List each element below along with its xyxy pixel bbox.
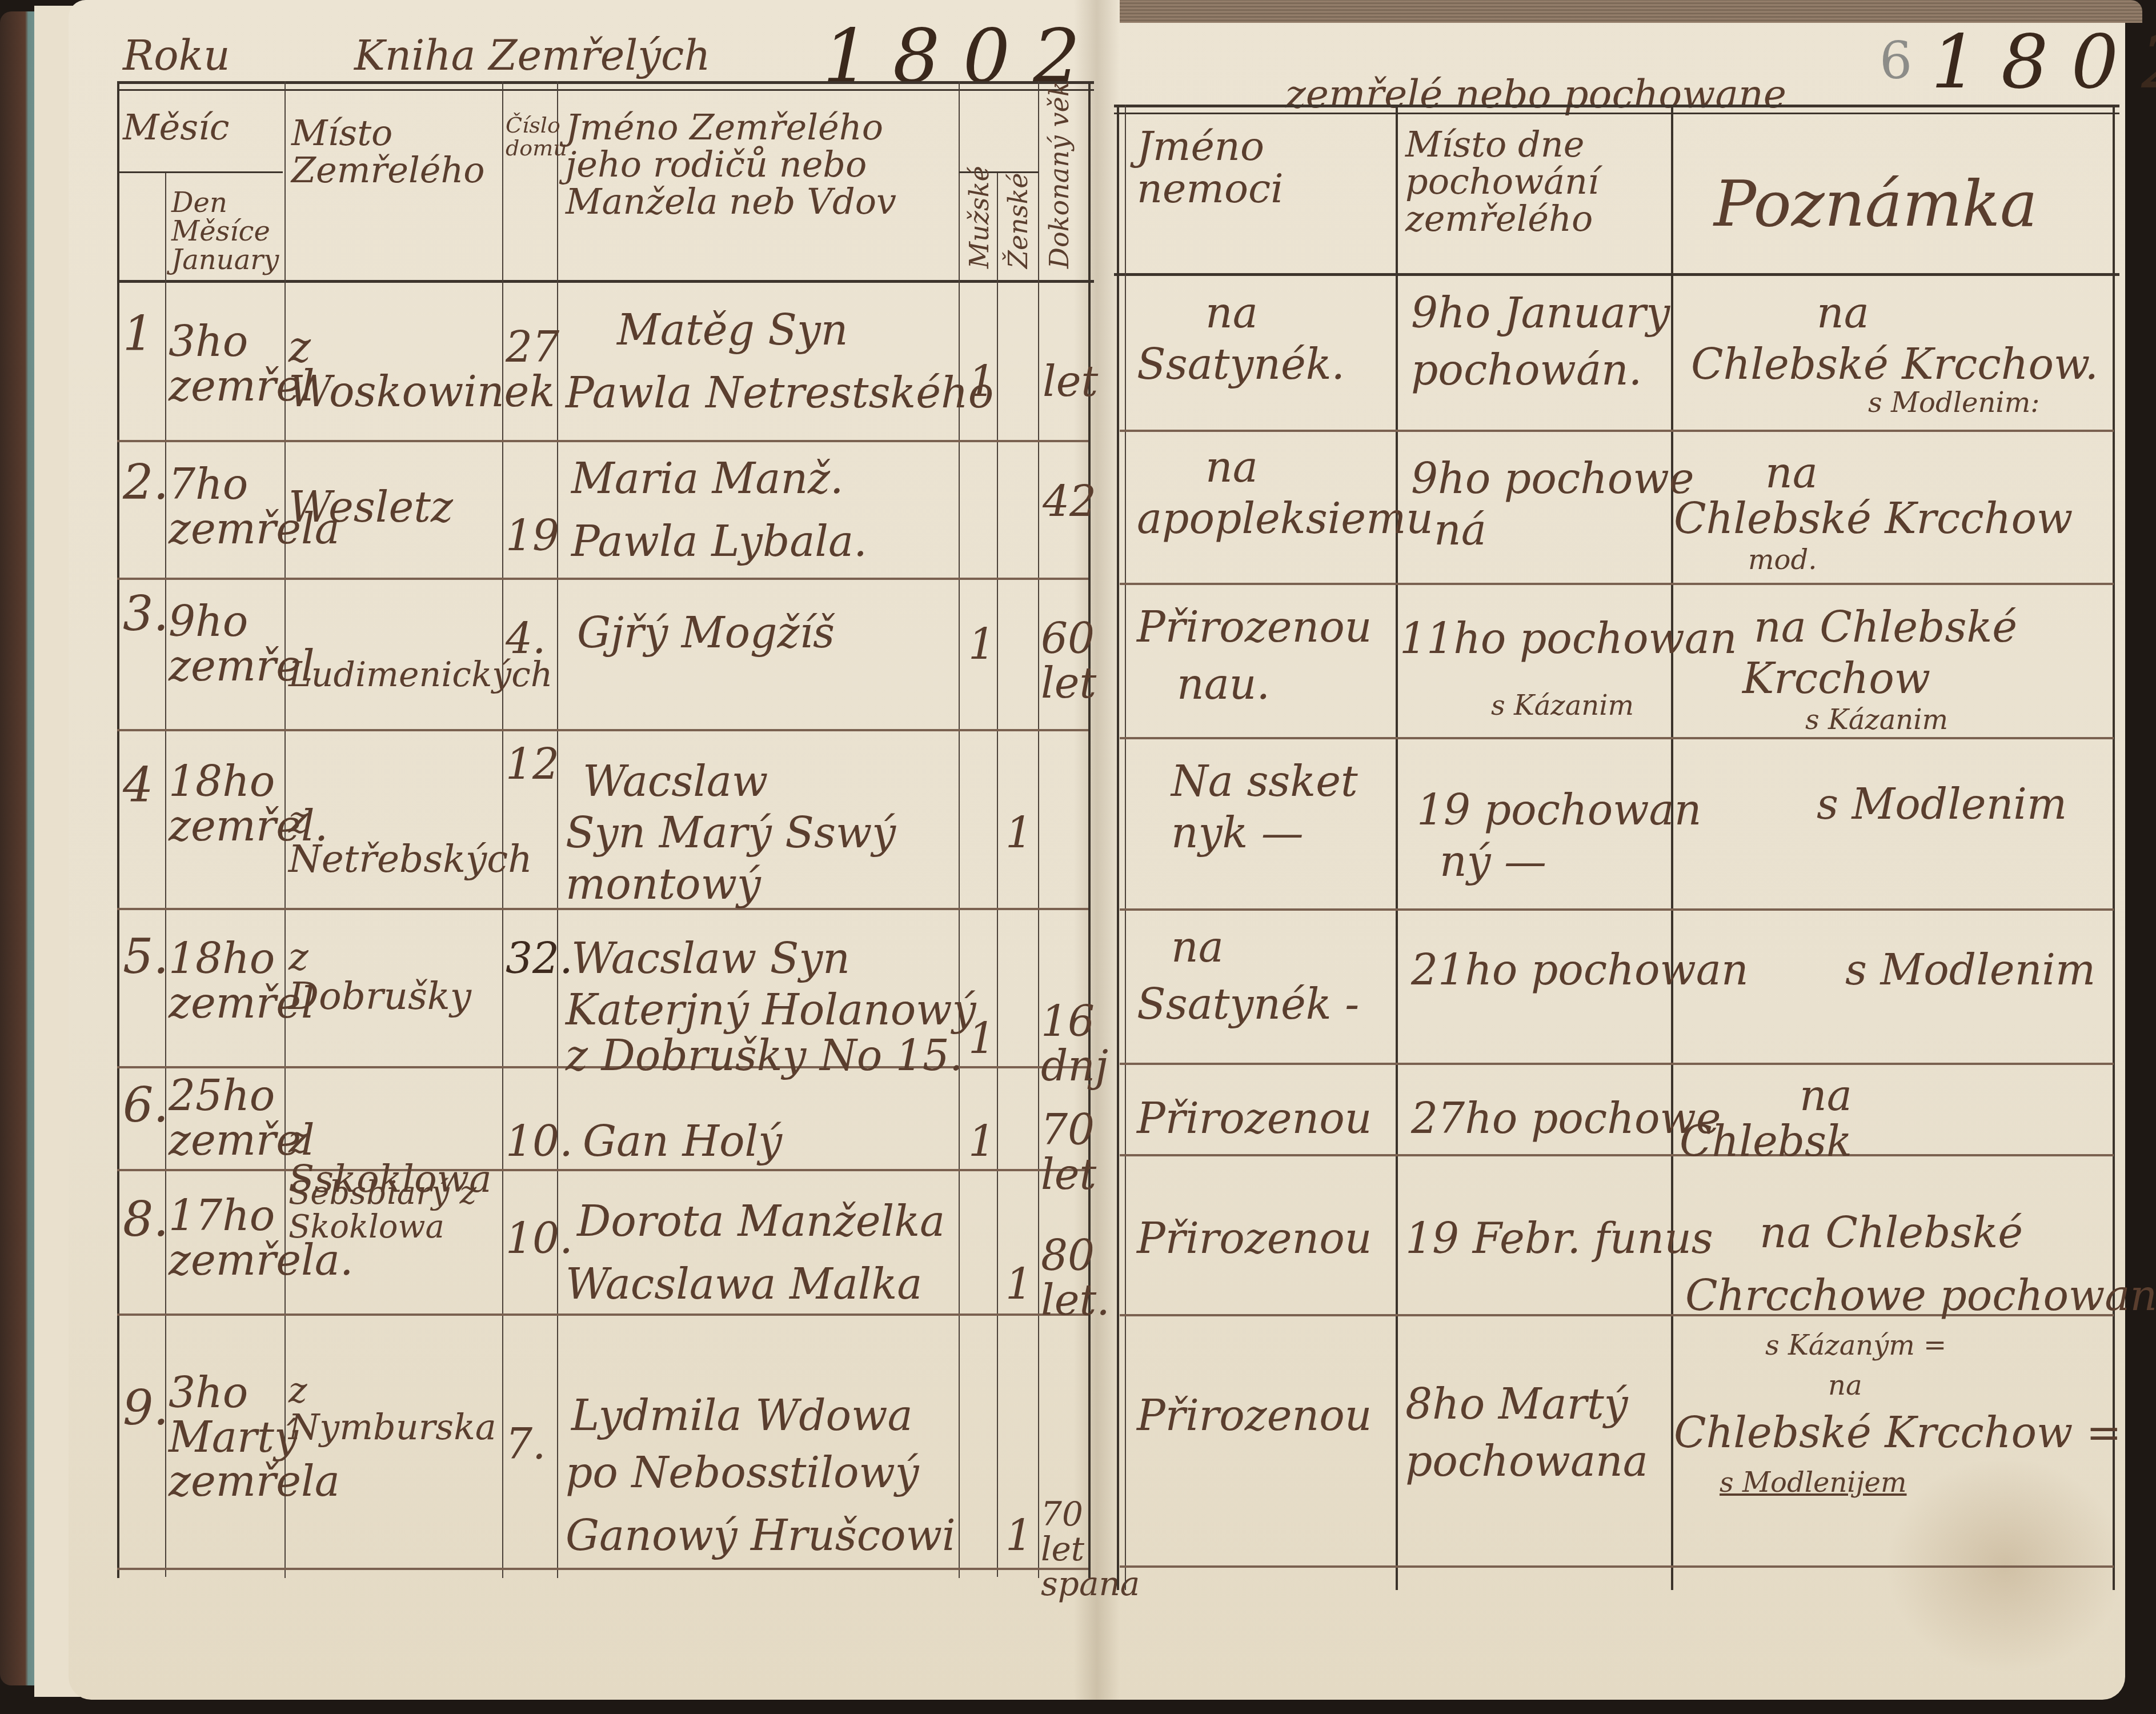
note-line: Chlebské Krcchow (1674, 497, 2073, 542)
header-age: Dokonaný věk (1045, 81, 1073, 269)
col-rule (117, 81, 119, 1578)
deceased-name-line: montowý (566, 863, 761, 907)
row-rule (1120, 1565, 2114, 1568)
age: 70 let (1041, 1108, 1087, 1197)
note-line: s Modlenim (1845, 948, 2095, 993)
burial-line: 9ho pochowe (1411, 457, 1694, 502)
row-rule (117, 1313, 1088, 1316)
house-number: 4. (506, 617, 546, 662)
header-name: Jméno Zemřelého jeho rodičů nebo Manžela… (566, 109, 954, 220)
row-rule (1120, 1154, 2114, 1156)
deceased-name-line: Wacslawa Malka (566, 1263, 922, 1307)
female-count: 1 (1005, 811, 1032, 856)
note-line: s Modlenijem (1720, 1468, 1907, 1497)
header-month: Měsíc (123, 109, 230, 146)
note-line: na Chlebské (1754, 606, 2017, 650)
place: z Nymburska (288, 1371, 500, 1445)
row-number: 6. (123, 1080, 169, 1130)
header-month-sub: January (171, 246, 279, 274)
note-line: Chrcchowe pochowana (1685, 1274, 2156, 1319)
col-rule (959, 81, 960, 1578)
page-gutter (1074, 0, 1120, 1700)
place: Wesletz (288, 486, 500, 530)
note-line: Chlebské Krcchow. (1691, 343, 2098, 387)
deceased-name-line: Gjřý Mogžíš (577, 611, 835, 656)
place: z Dobrušky (288, 937, 500, 1016)
cause-line: Přirozenou (1137, 1394, 1372, 1439)
note-line: s Modlenim (1817, 783, 2067, 827)
cause-line: nau. (1177, 663, 1270, 707)
row-number: 5. (123, 931, 169, 982)
table-top-rule-2 (1114, 113, 2119, 114)
age: 60 let (1041, 617, 1087, 706)
female-count: 1 (1005, 1263, 1032, 1307)
note-line: na (1765, 451, 1818, 496)
place: z Netřebských (288, 800, 500, 879)
row-number: 1 (123, 309, 153, 359)
burial-line: pochowana (1405, 1440, 1648, 1484)
burial-line: 11ho pochowan (1400, 617, 1737, 662)
col-rule (2113, 105, 2115, 1590)
burial-line: 27ho pochowe (1411, 1097, 1721, 1142)
place: z Woskowinek (288, 326, 500, 414)
row-number: 4 (123, 760, 153, 810)
death-date: 3ho zemřel (169, 320, 283, 409)
note-line: na (1800, 1074, 1852, 1119)
deceased-name-line: Pawla Netrestského (566, 371, 993, 416)
death-date: 7ho zemřela (169, 463, 283, 551)
cause-line: na (1171, 926, 1224, 970)
row-rule (1120, 908, 2114, 911)
note-line: mod. (1748, 546, 1817, 574)
table-top-rule-2 (117, 89, 1094, 91)
male-count: 1 (968, 623, 995, 667)
header-place: Místo Zemřelého (291, 114, 497, 189)
header-day: Den Měsíce (171, 189, 280, 246)
col-rule (165, 171, 166, 1577)
deceased-name-line: po Nebosstilowý (566, 1451, 919, 1496)
row-number: 3. (123, 588, 169, 639)
cause-line: nyk — (1171, 811, 1304, 856)
burial-line: 19 pochowan (1417, 788, 1701, 833)
title-roku: Roku (123, 34, 230, 78)
house-number: 10. (506, 1120, 573, 1164)
deceased-name-line: Ganowý Hrušcowi (566, 1514, 956, 1559)
death-date: 18ho zemřel (169, 937, 283, 1026)
age: 70 let spana (1041, 1497, 1087, 1601)
row-rule (1120, 583, 2114, 585)
death-date: 17ho zemřela. (169, 1194, 283, 1283)
col-rule (1088, 81, 1091, 1578)
house-number: 27 (506, 326, 559, 370)
row-rule (117, 578, 1088, 580)
death-date: 9ho zemřel (169, 600, 283, 688)
row-rule (117, 729, 1088, 731)
burial-line: s Kázanim (1491, 691, 1634, 720)
cause-line: Přirozenou (1137, 606, 1372, 650)
row-number: 2. (123, 457, 169, 507)
deceased-name-line: Wacslaw (583, 760, 768, 804)
deceased-name-line: Dorota Manželka (577, 1200, 945, 1244)
burial-line: 19 Febr. funus (1405, 1217, 1713, 1262)
cause-line: Přirozenou (1137, 1217, 1372, 1262)
open-register-book: Roku Kniha Zemřelých 1802 Měsíc Den Měsí… (0, 0, 2156, 1714)
title-right-part: zemřelé nebo pochowane (1285, 74, 1786, 115)
row-number: 8. (123, 1194, 169, 1244)
death-date: 18ho zemřel. (169, 760, 283, 848)
col-rule (502, 81, 503, 1578)
burial-line: ný — (1440, 840, 1546, 884)
house-number: 19 (506, 514, 559, 559)
deceased-name-line: Maria Manž. (571, 457, 844, 502)
cause-line: apopleksiemu (1137, 497, 1433, 542)
col-rule (1117, 105, 1119, 1590)
note-line: Chlebské Krcchow = (1674, 1411, 2122, 1456)
cause-line: Ssatynék - (1137, 983, 1359, 1027)
death-date: 3ho Martý zemřela (169, 1371, 283, 1504)
deceased-name-line: Lydmila Wdowa (571, 1394, 913, 1439)
col-rule (1671, 105, 1673, 1590)
col-rule (557, 81, 558, 1578)
note-line: s Kázanim (1805, 706, 1948, 734)
deceased-name-line: Pawla Lybala. (571, 520, 867, 564)
row-rule (1120, 737, 2114, 739)
deceased-name-line: Gan Holý (583, 1120, 782, 1164)
deceased-name-line: Syn Marý Sswý (566, 811, 896, 856)
page-number: 6 (1880, 34, 1912, 89)
burial-line: 9ho January (1411, 291, 1670, 336)
row-rule (117, 1568, 1088, 1570)
header-cause: Jméno nemoci (1137, 126, 1388, 210)
age: 80 let. (1041, 1234, 1087, 1323)
col-rule (1396, 105, 1398, 1590)
row-rule (1120, 1063, 2114, 1065)
header-bottom-rule (117, 280, 1094, 283)
male-count: 1 (968, 1017, 995, 1062)
year-right: 1802 (1931, 23, 2156, 101)
age: 16 dnj (1041, 1000, 1087, 1088)
subheader-rule (117, 171, 283, 173)
deceased-name-line: Wacslaw Syn (571, 937, 850, 982)
header-house-number: Číslo domu (506, 114, 554, 160)
table-top-rule (1114, 105, 2119, 107)
house-number: 7. (506, 1423, 546, 1467)
male-count: 1 (968, 360, 995, 405)
deceased-name-line: Katerjný Holanowý (566, 988, 976, 1033)
burial-line: pochowán. (1411, 349, 1642, 393)
note-line: s Modlenim: (1868, 389, 2039, 417)
house-number: 10. (506, 1217, 573, 1262)
burial-line: 8ho Martý (1405, 1383, 1628, 1427)
row-rule (1120, 430, 2114, 432)
note-line: s Kázaným = (1765, 1331, 1946, 1360)
col-rule (997, 171, 998, 1577)
age: let (1043, 360, 1098, 405)
table-top-rule (117, 81, 1094, 84)
row-number: 9. (123, 1383, 169, 1433)
place: Ludimenických (288, 657, 500, 693)
header-notes: Poznámka (1714, 171, 2038, 238)
note-line: Chlebsk (1680, 1120, 1852, 1164)
col-rule (1038, 81, 1039, 1578)
col-rule (1125, 105, 1126, 1590)
cause-line: Přirozenou (1137, 1097, 1372, 1142)
male-count: 1 (968, 1120, 995, 1164)
title-register-name: Kniha Zemřelých (354, 34, 711, 78)
female-count: 1 (1005, 1514, 1032, 1559)
death-date: 25ho zemřel (169, 1074, 283, 1163)
row-rule (117, 440, 1088, 442)
header-male: Mužské (965, 166, 993, 269)
deceased-name-line: z Dobrušky No 15. (566, 1034, 963, 1079)
row-rule (117, 1169, 1088, 1171)
note-line: na Chlebské (1760, 1211, 2023, 1256)
header-bottom-rule (1114, 273, 2119, 276)
deceased-name-line: Matěg Syn (617, 309, 848, 353)
burial-line: 21ho pochowan (1411, 948, 1749, 993)
age: 42 (1043, 480, 1096, 524)
cause-line: na (1205, 446, 1258, 490)
note-line: na (1828, 1371, 1862, 1400)
house-number: 12 (506, 743, 559, 787)
cause-line: na (1205, 291, 1258, 336)
house-number: 32. (506, 937, 573, 982)
place: Sebsbiarý z Skoklowa (288, 1177, 500, 1244)
header-female: Ženské (1004, 173, 1032, 269)
note-line: Krcchow (1742, 657, 1930, 702)
burial-line: ná (1434, 508, 1486, 553)
note-line: na (1817, 291, 1869, 336)
cause-line: Ssatynék. (1137, 343, 1345, 387)
cause-line: Na ssket (1171, 760, 1358, 804)
header-burial: Místo dne pochowání zemřelého (1405, 126, 1662, 237)
